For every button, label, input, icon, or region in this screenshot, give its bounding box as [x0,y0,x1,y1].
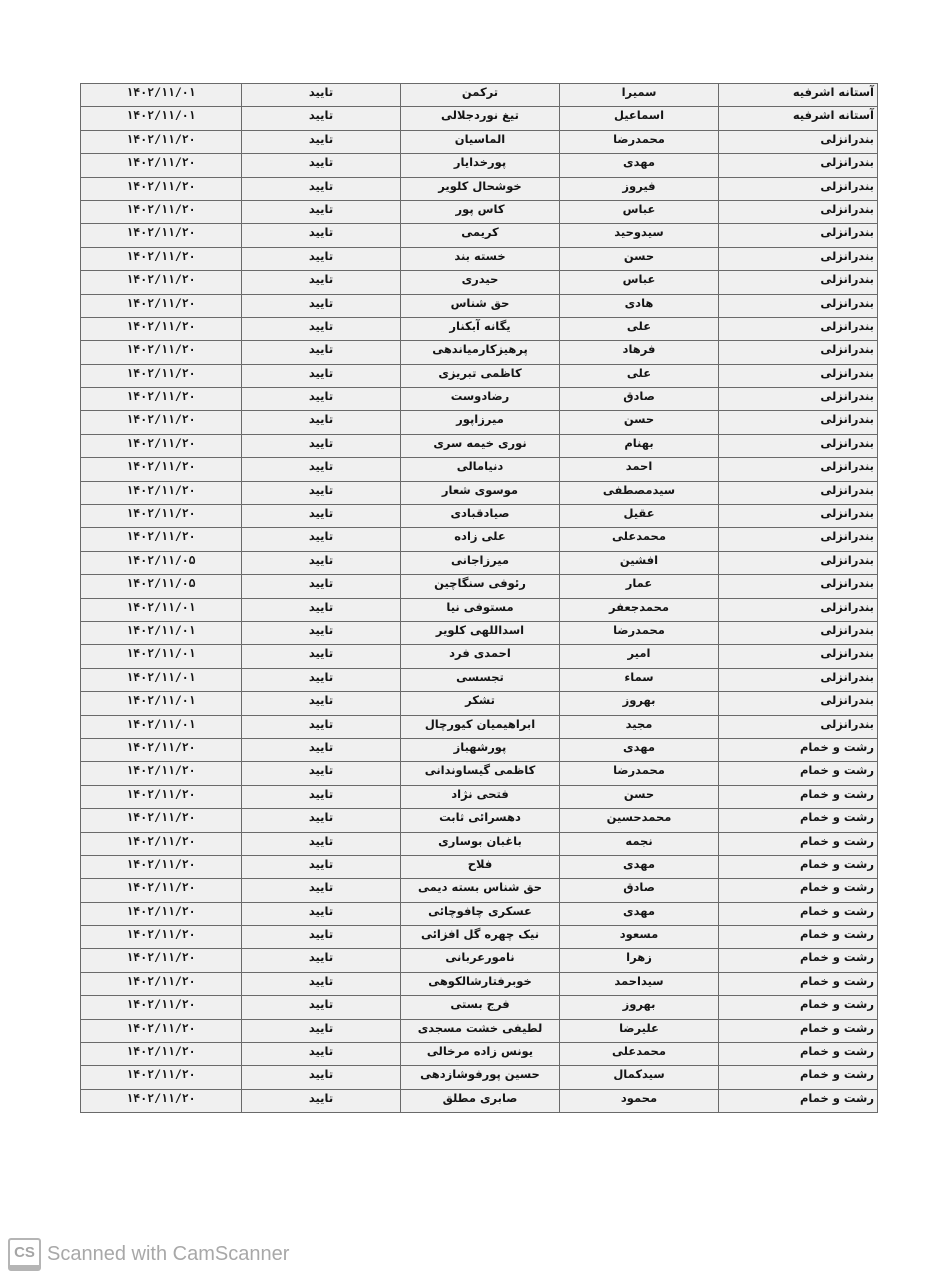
first-name-cell: هادی [560,294,719,317]
last-name-cell: کاظمی گیساوندانی [401,762,560,785]
status-cell: تایید [242,598,401,621]
city-cell: بندرانزلی [719,434,878,457]
last-name-cell: حسین پورفوشازدهی [401,1066,560,1089]
date-cell: ۱۴۰۲/۱۱/۲۰ [81,949,242,972]
table-row: بندرانزلیهادیحق شناستایید۱۴۰۲/۱۱/۲۰ [81,294,878,317]
last-name-cell: حیدری [401,271,560,294]
status-cell: تایید [242,505,401,528]
last-name-cell: نامورعربانی [401,949,560,972]
status-cell: تایید [242,785,401,808]
date-cell: ۱۴۰۲/۱۱/۲۰ [81,247,242,270]
status-cell: تایید [242,84,401,107]
first-name-cell: بهروز [560,692,719,715]
table-row: بندرانزلیمهدیپورخدایارتایید۱۴۰۲/۱۱/۲۰ [81,154,878,177]
table-row: رشت و خماممهدیپورشهبازتایید۱۴۰۲/۱۱/۲۰ [81,738,878,761]
table-row: رشت و خماممسعودنیک چهره گل افزائیتایید۱۴… [81,926,878,949]
last-name-cell: کاظمی تبریزی [401,364,560,387]
city-cell: بندرانزلی [719,528,878,551]
table-row: بندرانزلیصادقرضادوستتایید۱۴۰۲/۱۱/۲۰ [81,388,878,411]
date-cell: ۱۴۰۲/۱۱/۲۰ [81,434,242,457]
date-cell: ۱۴۰۲/۱۱/۲۰ [81,154,242,177]
camscanner-logo-icon: CS [8,1238,41,1271]
city-cell: رشت و خمام [719,809,878,832]
city-cell: بندرانزلی [719,224,878,247]
date-cell: ۱۴۰۲/۱۱/۲۰ [81,832,242,855]
city-cell: بندرانزلی [719,551,878,574]
status-cell: تایید [242,1043,401,1066]
status-cell: تایید [242,1066,401,1089]
table-row: بندرانزلیمجیدابراهیمیان کیورچالتایید۱۴۰۲… [81,715,878,738]
city-cell: رشت و خمام [719,972,878,995]
last-name-cell: میرزاجانی [401,551,560,574]
first-name-cell: بهروز [560,996,719,1019]
last-name-cell: یگانه آبکنار [401,317,560,340]
city-cell: آستانه اشرفیه [719,107,878,130]
last-name-cell: ابراهیمیان کیورچال [401,715,560,738]
last-name-cell: پورخدایار [401,154,560,177]
city-cell: رشت و خمام [719,738,878,761]
status-cell: تایید [242,294,401,317]
city-cell: بندرانزلی [719,341,878,364]
table-row: بندرانزلیعلیکاظمی تبریزیتایید۱۴۰۲/۱۱/۲۰ [81,364,878,387]
table-row: بندرانزلیافشینمیرزاجانیتایید۱۴۰۲/۱۱/۰۵ [81,551,878,574]
status-cell: تایید [242,832,401,855]
last-name-cell: پورشهباز [401,738,560,761]
first-name-cell: افشین [560,551,719,574]
date-cell: ۱۴۰۲/۱۱/۲۰ [81,341,242,364]
status-cell: تایید [242,434,401,457]
status-cell: تایید [242,341,401,364]
date-cell: ۱۴۰۲/۱۱/۲۰ [81,177,242,200]
table-row: بندرانزلیعلییگانه آبکنارتایید۱۴۰۲/۱۱/۲۰ [81,317,878,340]
table-row: بندرانزلیامیراحمدی فردتایید۱۴۰۲/۱۱/۰۱ [81,645,878,668]
table-row: بندرانزلیاحمددنیامالیتایید۱۴۰۲/۱۱/۲۰ [81,458,878,481]
first-name-cell: عباس [560,200,719,223]
table-row: رشت و خمامزهرانامورعربانیتایید۱۴۰۲/۱۱/۲۰ [81,949,878,972]
first-name-cell: محمدرضا [560,762,719,785]
date-cell: ۱۴۰۲/۱۱/۲۰ [81,809,242,832]
city-cell: بندرانزلی [719,505,878,528]
first-name-cell: مهدی [560,154,719,177]
first-name-cell: امیر [560,645,719,668]
last-name-cell: رئوفی سنگاچین [401,575,560,598]
date-cell: ۱۴۰۲/۱۱/۲۰ [81,855,242,878]
date-cell: ۱۴۰۲/۱۱/۲۰ [81,317,242,340]
status-cell: تایید [242,411,401,434]
table-row: بندرانزلیسماءتجسسیتایید۱۴۰۲/۱۱/۰۱ [81,668,878,691]
date-cell: ۱۴۰۲/۱۱/۲۰ [81,294,242,317]
status-cell: تایید [242,762,401,785]
status-cell: تایید [242,996,401,1019]
city-cell: رشت و خمام [719,832,878,855]
city-cell: رشت و خمام [719,855,878,878]
city-cell: آستانه اشرفیه [719,84,878,107]
table-row: آستانه اشرفیهسمیراترکمنتایید۱۴۰۲/۱۱/۰۱ [81,84,878,107]
city-cell: رشت و خمام [719,996,878,1019]
first-name-cell: سیدوحید [560,224,719,247]
status-cell: تایید [242,551,401,574]
status-cell: تایید [242,200,401,223]
status-cell: تایید [242,809,401,832]
last-name-cell: حق شناس بسته دیمی [401,879,560,902]
city-cell: بندرانزلی [719,575,878,598]
status-cell: تایید [242,738,401,761]
table-row: بندرانزلیفرهادپرهیزکارمیاندهیتایید۱۴۰۲/۱… [81,341,878,364]
date-cell: ۱۴۰۲/۱۱/۲۰ [81,1089,242,1112]
date-cell: ۱۴۰۲/۱۱/۰۱ [81,668,242,691]
last-name-cell: دنیامالی [401,458,560,481]
table-row: بندرانزلیمحمدعلیعلی زادهتایید۱۴۰۲/۱۱/۲۰ [81,528,878,551]
first-name-cell: محمدجعفر [560,598,719,621]
city-cell: بندرانزلی [719,247,878,270]
table-row: بندرانزلیسیدوحیدکریمیتایید۱۴۰۲/۱۱/۲۰ [81,224,878,247]
date-cell: ۱۴۰۲/۱۱/۰۱ [81,645,242,668]
city-cell: رشت و خمام [719,926,878,949]
city-cell: رشت و خمام [719,902,878,925]
last-name-cell: خوبرفتارشالکوهی [401,972,560,995]
date-cell: ۱۴۰۲/۱۱/۲۰ [81,1019,242,1042]
city-cell: بندرانزلی [719,177,878,200]
status-cell: تایید [242,692,401,715]
city-cell: بندرانزلی [719,294,878,317]
first-name-cell: علیرضا [560,1019,719,1042]
date-cell: ۱۴۰۲/۱۱/۲۰ [81,130,242,153]
status-cell: تایید [242,154,401,177]
city-cell: رشت و خمام [719,785,878,808]
date-cell: ۱۴۰۲/۱۱/۲۰ [81,271,242,294]
first-name-cell: صادق [560,879,719,902]
status-cell: تایید [242,224,401,247]
city-cell: بندرانزلی [719,645,878,668]
date-cell: ۱۴۰۲/۱۱/۲۰ [81,879,242,902]
status-cell: تایید [242,621,401,644]
last-name-cell: خسته بند [401,247,560,270]
first-name-cell: محمدعلی [560,1043,719,1066]
first-name-cell: نجمه [560,832,719,855]
first-name-cell: مهدی [560,902,719,925]
status-cell: تایید [242,972,401,995]
first-name-cell: زهرا [560,949,719,972]
last-name-cell: الماسیان [401,130,560,153]
city-cell: بندرانزلی [719,271,878,294]
city-cell: بندرانزلی [719,692,878,715]
status-cell: تایید [242,388,401,411]
date-cell: ۱۴۰۲/۱۱/۰۱ [81,107,242,130]
date-cell: ۱۴۰۲/۱۱/۰۱ [81,621,242,644]
table-row: بندرانزلیمحمدرضاالماسیانتایید۱۴۰۲/۱۱/۲۰ [81,130,878,153]
date-cell: ۱۴۰۲/۱۱/۰۱ [81,715,242,738]
last-name-cell: موسوی شعار [401,481,560,504]
first-name-cell: سیداحمد [560,972,719,995]
date-cell: ۱۴۰۲/۱۱/۲۰ [81,902,242,925]
last-name-cell: یونس زاده مرخالی [401,1043,560,1066]
last-name-cell: اسداللهی کلویر [401,621,560,644]
first-name-cell: مجید [560,715,719,738]
table-row: رشت و خمامحسنفتحی نژادتایید۱۴۰۲/۱۱/۲۰ [81,785,878,808]
last-name-cell: کریمی [401,224,560,247]
date-cell: ۱۴۰۲/۱۱/۲۰ [81,388,242,411]
date-cell: ۱۴۰۲/۱۱/۰۵ [81,551,242,574]
first-name-cell: فرهاد [560,341,719,364]
table-row: رشت و خمامعلیرضالطیفی خشت مسجدیتایید۱۴۰۲… [81,1019,878,1042]
last-name-cell: خوشحال کلویر [401,177,560,200]
table-row: رشت و خمامسیدکمالحسین پورفوشازدهیتایید۱۴… [81,1066,878,1089]
first-name-cell: عباس [560,271,719,294]
last-name-cell: حق شناس [401,294,560,317]
city-cell: بندرانزلی [719,715,878,738]
city-cell: بندرانزلی [719,364,878,387]
first-name-cell: محمدحسین [560,809,719,832]
city-cell: بندرانزلی [719,621,878,644]
last-name-cell: دهسرائی ثابت [401,809,560,832]
first-name-cell: مسعود [560,926,719,949]
status-cell: تایید [242,528,401,551]
city-cell: بندرانزلی [719,154,878,177]
status-cell: تایید [242,879,401,902]
status-cell: تایید [242,177,401,200]
status-cell: تایید [242,575,401,598]
first-name-cell: عقیل [560,505,719,528]
status-cell: تایید [242,668,401,691]
first-name-cell: صادق [560,388,719,411]
city-cell: رشت و خمام [719,1089,878,1112]
last-name-cell: نیک چهره گل افزائی [401,926,560,949]
city-cell: رشت و خمام [719,879,878,902]
date-cell: ۱۴۰۲/۱۱/۲۰ [81,996,242,1019]
date-cell: ۱۴۰۲/۱۱/۲۰ [81,972,242,995]
city-cell: بندرانزلی [719,458,878,481]
table-row: بندرانزلیمحمدجعفرمستوفی نیاتایید۱۴۰۲/۱۱/… [81,598,878,621]
page-margin [0,0,952,82]
city-cell: بندرانزلی [719,317,878,340]
city-cell: بندرانزلی [719,200,878,223]
table-row: بندرانزلیبهنامنوری خیمه سریتایید۱۴۰۲/۱۱/… [81,434,878,457]
table-row: بندرانزلیبهروزتشکرتایید۱۴۰۲/۱۱/۰۱ [81,692,878,715]
camscanner-watermark: CS Scanned with CamScanner [8,1238,289,1271]
table-row: بندرانزلیعباسکاس پورتایید۱۴۰۲/۱۱/۲۰ [81,200,878,223]
last-name-cell: نوری خیمه سری [401,434,560,457]
first-name-cell: علی [560,364,719,387]
first-name-cell: فیروز [560,177,719,200]
status-cell: تایید [242,130,401,153]
last-name-cell: تیغ نوردجلالی [401,107,560,130]
first-name-cell: محمود [560,1089,719,1112]
last-name-cell: فلاح [401,855,560,878]
status-cell: تایید [242,364,401,387]
date-cell: ۱۴۰۲/۱۱/۲۰ [81,738,242,761]
table-row: رشت و خمامبهروزفرج بستیتایید۱۴۰۲/۱۱/۲۰ [81,996,878,1019]
date-cell: ۱۴۰۲/۱۱/۲۰ [81,458,242,481]
table-row: بندرانزلیحسنخسته بندتایید۱۴۰۲/۱۱/۲۰ [81,247,878,270]
table-row: رشت و خماممحمدعلییونس زاده مرخالیتایید۱۴… [81,1043,878,1066]
first-name-cell: بهنام [560,434,719,457]
last-name-cell: لطیفی خشت مسجدی [401,1019,560,1042]
last-name-cell: تشکر [401,692,560,715]
city-cell: بندرانزلی [719,130,878,153]
table-row: رشت و خمامنجمهباغبان بوساریتایید۱۴۰۲/۱۱/… [81,832,878,855]
last-name-cell: پرهیزکارمیاندهی [401,341,560,364]
table-row: بندرانزلیعباسحیدریتایید۱۴۰۲/۱۱/۲۰ [81,271,878,294]
last-name-cell: صابری مطلق [401,1089,560,1112]
first-name-cell: محمدرضا [560,130,719,153]
first-name-cell: حسن [560,785,719,808]
status-cell: تایید [242,715,401,738]
table-row: رشت و خماممحمودصابری مطلقتایید۱۴۰۲/۱۱/۲۰ [81,1089,878,1112]
date-cell: ۱۴۰۲/۱۱/۲۰ [81,528,242,551]
table-row: بندرانزلیسیدمصطفیموسوی شعارتایید۱۴۰۲/۱۱/… [81,481,878,504]
date-cell: ۱۴۰۲/۱۱/۲۰ [81,505,242,528]
date-cell: ۱۴۰۲/۱۱/۰۵ [81,575,242,598]
date-cell: ۱۴۰۲/۱۱/۲۰ [81,224,242,247]
status-cell: تایید [242,271,401,294]
date-cell: ۱۴۰۲/۱۱/۲۰ [81,411,242,434]
first-name-cell: علی [560,317,719,340]
first-name-cell: مهدی [560,855,719,878]
table-row: رشت و خمامصادقحق شناس بسته دیمیتایید۱۴۰۲… [81,879,878,902]
last-name-cell: تجسسی [401,668,560,691]
last-name-cell: عسکری چافوچائی [401,902,560,925]
first-name-cell: حسن [560,247,719,270]
status-cell: تایید [242,902,401,925]
status-cell: تایید [242,926,401,949]
last-name-cell: مستوفی نیا [401,598,560,621]
date-cell: ۱۴۰۲/۱۱/۰۱ [81,692,242,715]
roster-table: آستانه اشرفیهسمیراترکمنتایید۱۴۰۲/۱۱/۰۱آس… [80,83,878,1113]
city-cell: رشت و خمام [719,949,878,972]
status-cell: تایید [242,247,401,270]
first-name-cell: اسماعیل [560,107,719,130]
first-name-cell: سیدمصطفی [560,481,719,504]
last-name-cell: علی زاده [401,528,560,551]
date-cell: ۱۴۰۲/۱۱/۲۰ [81,200,242,223]
date-cell: ۱۴۰۲/۱۱/۲۰ [81,785,242,808]
first-name-cell: عمار [560,575,719,598]
status-cell: تایید [242,855,401,878]
date-cell: ۱۴۰۲/۱۱/۲۰ [81,481,242,504]
table-row: بندرانزلیعماررئوفی سنگاچینتایید۱۴۰۲/۱۱/۰… [81,575,878,598]
first-name-cell: سمیرا [560,84,719,107]
first-name-cell: حسن [560,411,719,434]
table-row: رشت و خماممهدیفلاحتایید۱۴۰۲/۱۱/۲۰ [81,855,878,878]
last-name-cell: میرزاپور [401,411,560,434]
city-cell: بندرانزلی [719,411,878,434]
city-cell: بندرانزلی [719,388,878,411]
status-cell: تایید [242,1089,401,1112]
first-name-cell: سیدکمال [560,1066,719,1089]
last-name-cell: فتحی نژاد [401,785,560,808]
table-row: رشت و خماممحمدحسیندهسرائی ثابتتایید۱۴۰۲/… [81,809,878,832]
city-cell: رشت و خمام [719,1019,878,1042]
date-cell: ۱۴۰۲/۱۱/۲۰ [81,1043,242,1066]
table-row: آستانه اشرفیهاسماعیلتیغ نوردجلالیتایید۱۴… [81,107,878,130]
date-cell: ۱۴۰۲/۱۱/۲۰ [81,364,242,387]
status-cell: تایید [242,458,401,481]
table-row: رشت و خمامسیداحمدخوبرفتارشالکوهیتایید۱۴۰… [81,972,878,995]
date-cell: ۱۴۰۲/۱۱/۲۰ [81,1066,242,1089]
first-name-cell: احمد [560,458,719,481]
status-cell: تایید [242,949,401,972]
city-cell: بندرانزلی [719,668,878,691]
table-row: رشت و خماممحمدرضاکاظمی گیساوندانیتایید۱۴… [81,762,878,785]
status-cell: تایید [242,481,401,504]
city-cell: رشت و خمام [719,1066,878,1089]
table-row: بندرانزلیحسنمیرزاپورتایید۱۴۰۲/۱۱/۲۰ [81,411,878,434]
last-name-cell: احمدی فرد [401,645,560,668]
table-row: بندرانزلیمحمدرضااسداللهی کلویرتایید۱۴۰۲/… [81,621,878,644]
last-name-cell: باغبان بوساری [401,832,560,855]
table-row: رشت و خماممهدیعسکری چافوچائیتایید۱۴۰۲/۱۱… [81,902,878,925]
last-name-cell: صیادقبادی [401,505,560,528]
city-cell: بندرانزلی [719,598,878,621]
first-name-cell: مهدی [560,738,719,761]
city-cell: رشت و خمام [719,762,878,785]
date-cell: ۱۴۰۲/۱۱/۰۱ [81,598,242,621]
status-cell: تایید [242,107,401,130]
date-cell: ۱۴۰۲/۱۱/۰۱ [81,84,242,107]
status-cell: تایید [242,645,401,668]
first-name-cell: محمدرضا [560,621,719,644]
status-cell: تایید [242,1019,401,1042]
city-cell: رشت و خمام [719,1043,878,1066]
first-name-cell: سماء [560,668,719,691]
date-cell: ۱۴۰۲/۱۱/۲۰ [81,762,242,785]
watermark-text: Scanned with CamScanner [47,1243,289,1266]
first-name-cell: محمدعلی [560,528,719,551]
roster-table-body: آستانه اشرفیهسمیراترکمنتایید۱۴۰۲/۱۱/۰۱آس… [81,84,878,1113]
city-cell: بندرانزلی [719,481,878,504]
last-name-cell: فرج بستی [401,996,560,1019]
table-row: بندرانزلیفیروزخوشحال کلویرتایید۱۴۰۲/۱۱/۲… [81,177,878,200]
date-cell: ۱۴۰۲/۱۱/۲۰ [81,926,242,949]
last-name-cell: رضادوست [401,388,560,411]
last-name-cell: ترکمن [401,84,560,107]
status-cell: تایید [242,317,401,340]
table-row: بندرانزلیعقیلصیادقبادیتایید۱۴۰۲/۱۱/۲۰ [81,505,878,528]
last-name-cell: کاس پور [401,200,560,223]
